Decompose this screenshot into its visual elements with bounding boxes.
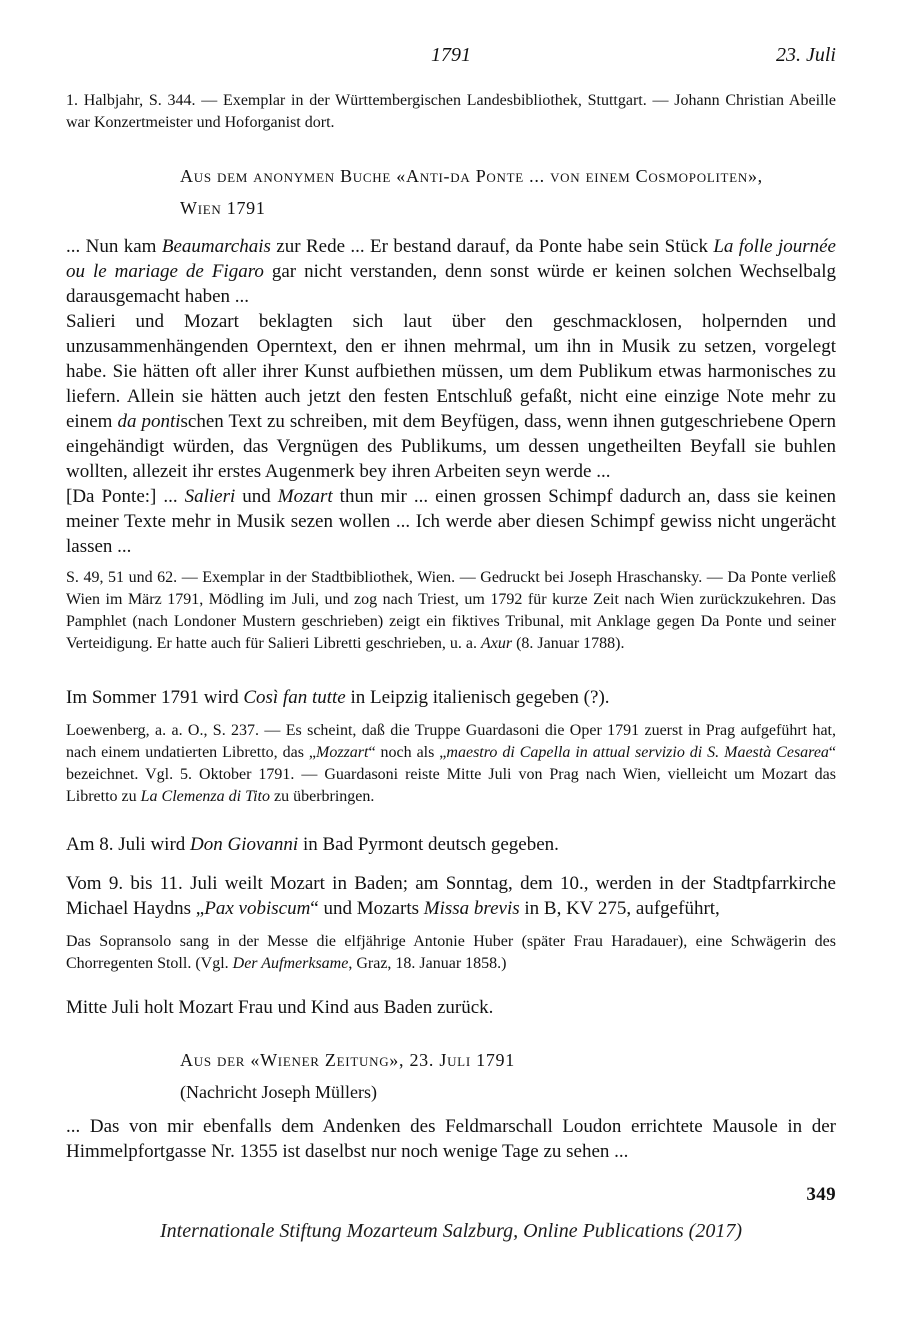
- text-segment: in Leipzig italienisch gegeben (?).: [346, 687, 610, 708]
- source-note-abeille: 1. Halbjahr, S. 344. — Exemplar in der W…: [66, 90, 836, 134]
- text-segment: zur Rede ... Er bestand darauf, da Ponte…: [271, 236, 713, 257]
- text-segment: Così fan tutte: [243, 687, 345, 708]
- document-page: 1791 23. Juli 1. Halbjahr, S. 344. — Exe…: [0, 0, 900, 1326]
- text-segment: Mitte Juli holt Mozart Frau und Kind aus…: [66, 997, 493, 1018]
- text-segment: zu überbringen.: [270, 788, 374, 805]
- text-segment: da ponti: [117, 411, 180, 432]
- heading-subline: (Nachricht Joseph Müllers): [180, 1076, 836, 1108]
- footer-credit: Internationale Stiftung Mozarteum Salzbu…: [66, 1220, 836, 1243]
- heading-line: Aus dem anonymen Buche «Anti-da Ponte ..…: [180, 160, 836, 192]
- text-segment: “ noch als „: [368, 744, 446, 761]
- heading-line: Wien 1791: [180, 192, 836, 224]
- text-segment: , Graz, 18. Januar 1858.): [348, 955, 506, 972]
- text-segment: Salieri: [185, 486, 236, 507]
- text-segment: S. 49, 51 und 62. — Exemplar in der Stad…: [66, 569, 836, 652]
- running-head: 1791 23. Juli: [66, 44, 836, 70]
- running-head-year: 1791: [66, 44, 836, 67]
- body-paragraph-don-giovanni: Am 8. Juli wird Don Giovanni in Bad Pyrm…: [66, 832, 836, 857]
- text-segment: Im Sommer 1791 wird: [66, 687, 243, 708]
- text-segment: ... Nun kam: [66, 236, 162, 257]
- text-segment: [Da Ponte:] ...: [66, 486, 185, 507]
- text-segment: Pax vobiscum: [204, 898, 310, 919]
- body-paragraph-beaumarchais: ... Nun kam Beaumarchais zur Rede ... Er…: [66, 234, 836, 309]
- page-number: 349: [66, 1184, 836, 1206]
- body-paragraph-mitte-juli: Mitte Juli holt Mozart Frau und Kind aus…: [66, 995, 836, 1020]
- text-segment: schen Text zu schreiben, mit dem Beyfüge…: [66, 411, 836, 482]
- text-segment: Don Giovanni: [190, 834, 298, 855]
- text-segment: “ und Mozarts: [310, 898, 423, 919]
- text-segment: Der Aufmerksame: [233, 955, 349, 972]
- heading-line: Aus der «Wiener Zeitung», 23. Juli 1791: [180, 1044, 836, 1076]
- text-segment: La Clemenza di Tito: [141, 788, 270, 805]
- text-segment: Axur: [481, 635, 512, 652]
- body-paragraph-salieri-mozart: Salieri und Mozart beklagten sich laut ü…: [66, 309, 836, 484]
- section-heading-wiener-zeitung: Aus der «Wiener Zeitung», 23. Juli 1791 …: [180, 1044, 836, 1108]
- source-note-sopransolo: Das Sopransolo sang in der Messe die elf…: [66, 931, 836, 975]
- text-segment: in B, KV 275, aufgeführt,: [520, 898, 720, 919]
- body-paragraph-cosi-fan-tutte: Im Sommer 1791 wird Così fan tutte in Le…: [66, 685, 836, 710]
- text-segment: Am 8. Juli wird: [66, 834, 190, 855]
- source-note-anti-da-ponte: S. 49, 51 und 62. — Exemplar in der Stad…: [66, 567, 836, 655]
- text-segment: Mozart: [278, 486, 333, 507]
- source-note-loewenberg: Loewenberg, a. a. O., S. 237. — Es schei…: [66, 720, 836, 808]
- body-paragraph-da-ponte-quote: [Da Ponte:] ... Salieri und Mozart thun …: [66, 484, 836, 559]
- text-segment: maestro di Capella in attual servizio di…: [446, 744, 829, 761]
- text-segment: ... Das von mir ebenfalls dem Andenken d…: [66, 1116, 836, 1162]
- running-head-date: 23. Juli: [776, 44, 836, 67]
- text-segment: (8. Januar 1788).: [512, 635, 624, 652]
- text-segment: Missa brevis: [424, 898, 520, 919]
- body-paragraph-mausole: ... Das von mir ebenfalls dem Andenken d…: [66, 1114, 836, 1164]
- section-heading-anti-da-ponte: Aus dem anonymen Buche «Anti-da Ponte ..…: [180, 160, 836, 224]
- text-segment: Mozzart: [316, 744, 368, 761]
- text-segment: in Bad Pyrmont deutsch gegeben.: [298, 834, 559, 855]
- text-segment: und: [235, 486, 278, 507]
- text-segment: 1. Halbjahr, S. 344. — Exemplar in der W…: [66, 92, 836, 131]
- body-paragraph-baden: Vom 9. bis 11. Juli weilt Mozart in Bade…: [66, 871, 836, 921]
- text-segment: Beaumarchais: [162, 236, 271, 257]
